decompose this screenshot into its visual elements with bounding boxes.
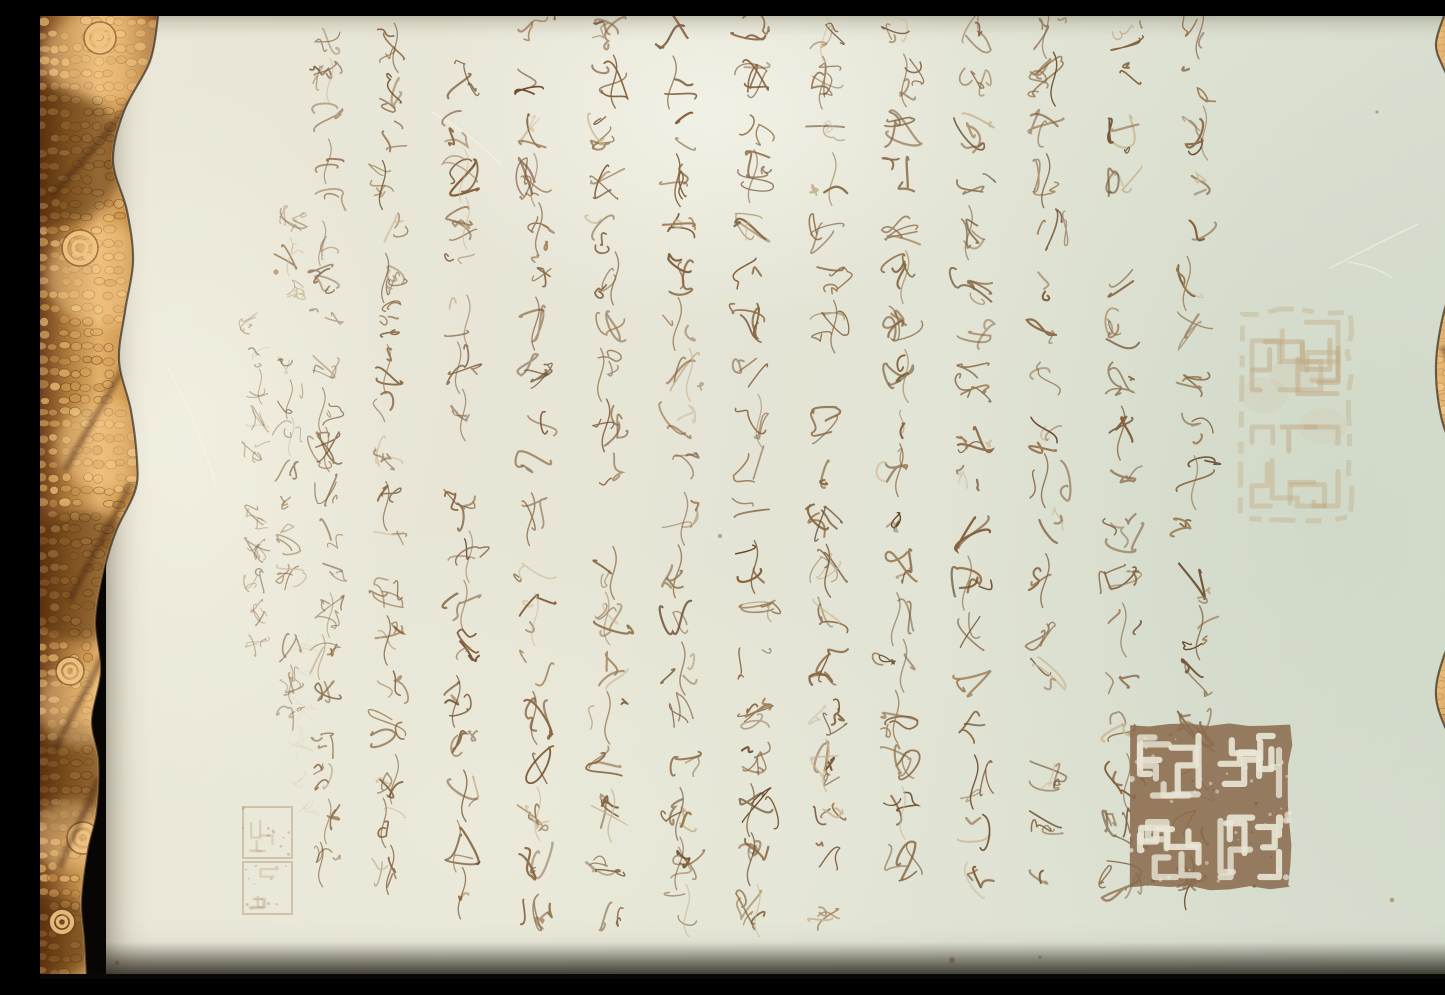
left-dragon-frame <box>40 16 180 979</box>
calligraphy-column <box>585 17 633 930</box>
calligraphy-column <box>514 16 557 931</box>
calligraphy-column <box>873 16 924 880</box>
calligraphy-column <box>950 16 996 898</box>
artwork-canvas <box>40 16 1445 979</box>
calligraphy-column <box>1026 16 1071 884</box>
calligraphy-column <box>442 60 489 918</box>
bottom-shadow <box>40 942 1445 979</box>
right-dragon-frame <box>1394 16 1445 979</box>
lower-left-seals <box>242 807 292 914</box>
calligraphy-column <box>239 313 270 656</box>
calligraphy-column <box>656 16 705 937</box>
calligraphy-column <box>729 16 780 937</box>
calligraphy-column <box>368 23 408 894</box>
calligraphy-columns <box>239 16 1220 937</box>
lower-right-seal <box>1127 723 1292 890</box>
upper-right-seal <box>1240 309 1352 521</box>
calligraphy-column <box>806 16 852 930</box>
calligraphy-column <box>308 29 347 887</box>
jade-tablet-photo: Photograph of an imperial Chinese jade t… <box>40 16 1445 979</box>
